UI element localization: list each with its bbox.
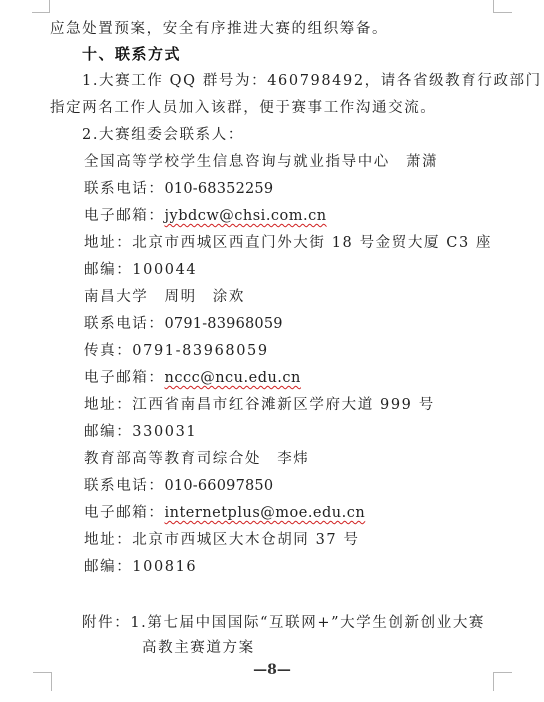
contact-postcode: 邮编：330031 <box>84 423 197 441</box>
crop-mark-top-left <box>32 0 50 13</box>
contact-fax: 传真：0791-83968059 <box>84 342 269 360</box>
contact-org: 全国高等学校学生信息咨询与就业指导中心 萧潇 <box>84 153 438 171</box>
email-value[interactable]: internetplus@moe.edu.cn <box>165 505 366 521</box>
contact-address: 地址：北京市西城区西直门外大街 18 号金贸大厦 C3 座 <box>84 234 492 252</box>
attachment-title: 1.第七届中国国际“互联网+”大学生创新创业大赛 <box>130 615 485 631</box>
phone-value: 010-66097850 <box>165 478 274 494</box>
qq-group-paragraph: 1.大赛工作 QQ 群号为：460798492，请各省级教育行政部门 <box>82 72 542 90</box>
paragraph-continuation: 应急处置预案，安全有序推进大赛的组织筹备。 <box>50 20 388 38</box>
attachment-line: 附件：1.第七届中国国际“互联网+”大学生创新创业大赛 <box>82 614 485 632</box>
attachment-line-cont: 高教主赛道方案 <box>142 639 255 657</box>
page-number: —8— <box>0 662 544 678</box>
phone-label: 联系电话： <box>84 316 165 332</box>
contact-email: 电子邮箱：jybdcw@chsi.com.cn <box>84 207 327 225</box>
email-label: 电子邮箱： <box>84 505 165 521</box>
contact-org: 教育部高等教育司综合处 李炜 <box>84 450 309 468</box>
contact-org: 南昌大学 周明 涂欢 <box>84 288 245 306</box>
phone-value: 0791-83968059 <box>165 316 283 332</box>
contact-phone: 联系电话：010-68352259 <box>84 180 273 198</box>
contact-address: 地址：北京市西城区大木仓胡同 37 号 <box>84 531 360 549</box>
email-value[interactable]: nccc@ncu.edu.cn <box>165 370 301 386</box>
contact-email: 电子邮箱：internetplus@moe.edu.cn <box>84 504 365 522</box>
phone-label: 联系电话： <box>84 181 165 197</box>
phone-label: 联系电话： <box>84 478 165 494</box>
qq-group-paragraph-cont: 指定两名工作人员加入该群，便于赛事工作沟通交流。 <box>50 99 436 117</box>
email-value[interactable]: jybdcw@chsi.com.cn <box>165 208 327 224</box>
contact-email: 电子邮箱：nccc@ncu.edu.cn <box>84 369 301 387</box>
contacts-intro: 2.大赛组委会联系人： <box>82 126 244 144</box>
contact-address: 地址：江西省南昌市红谷滩新区学府大道 999 号 <box>84 396 435 414</box>
contact-postcode: 邮编：100816 <box>84 558 197 576</box>
contact-phone: 联系电话：0791-83968059 <box>84 315 283 333</box>
phone-value: 010-68352259 <box>165 181 274 197</box>
attachment-label: 附件： <box>82 615 130 631</box>
contact-postcode: 邮编：100044 <box>84 261 197 279</box>
email-label: 电子邮箱： <box>84 370 165 386</box>
contact-phone: 联系电话：010-66097850 <box>84 477 273 495</box>
crop-mark-top-right <box>493 0 512 13</box>
email-label: 电子邮箱： <box>84 208 165 224</box>
section-heading: 十、联系方式 <box>82 45 181 63</box>
